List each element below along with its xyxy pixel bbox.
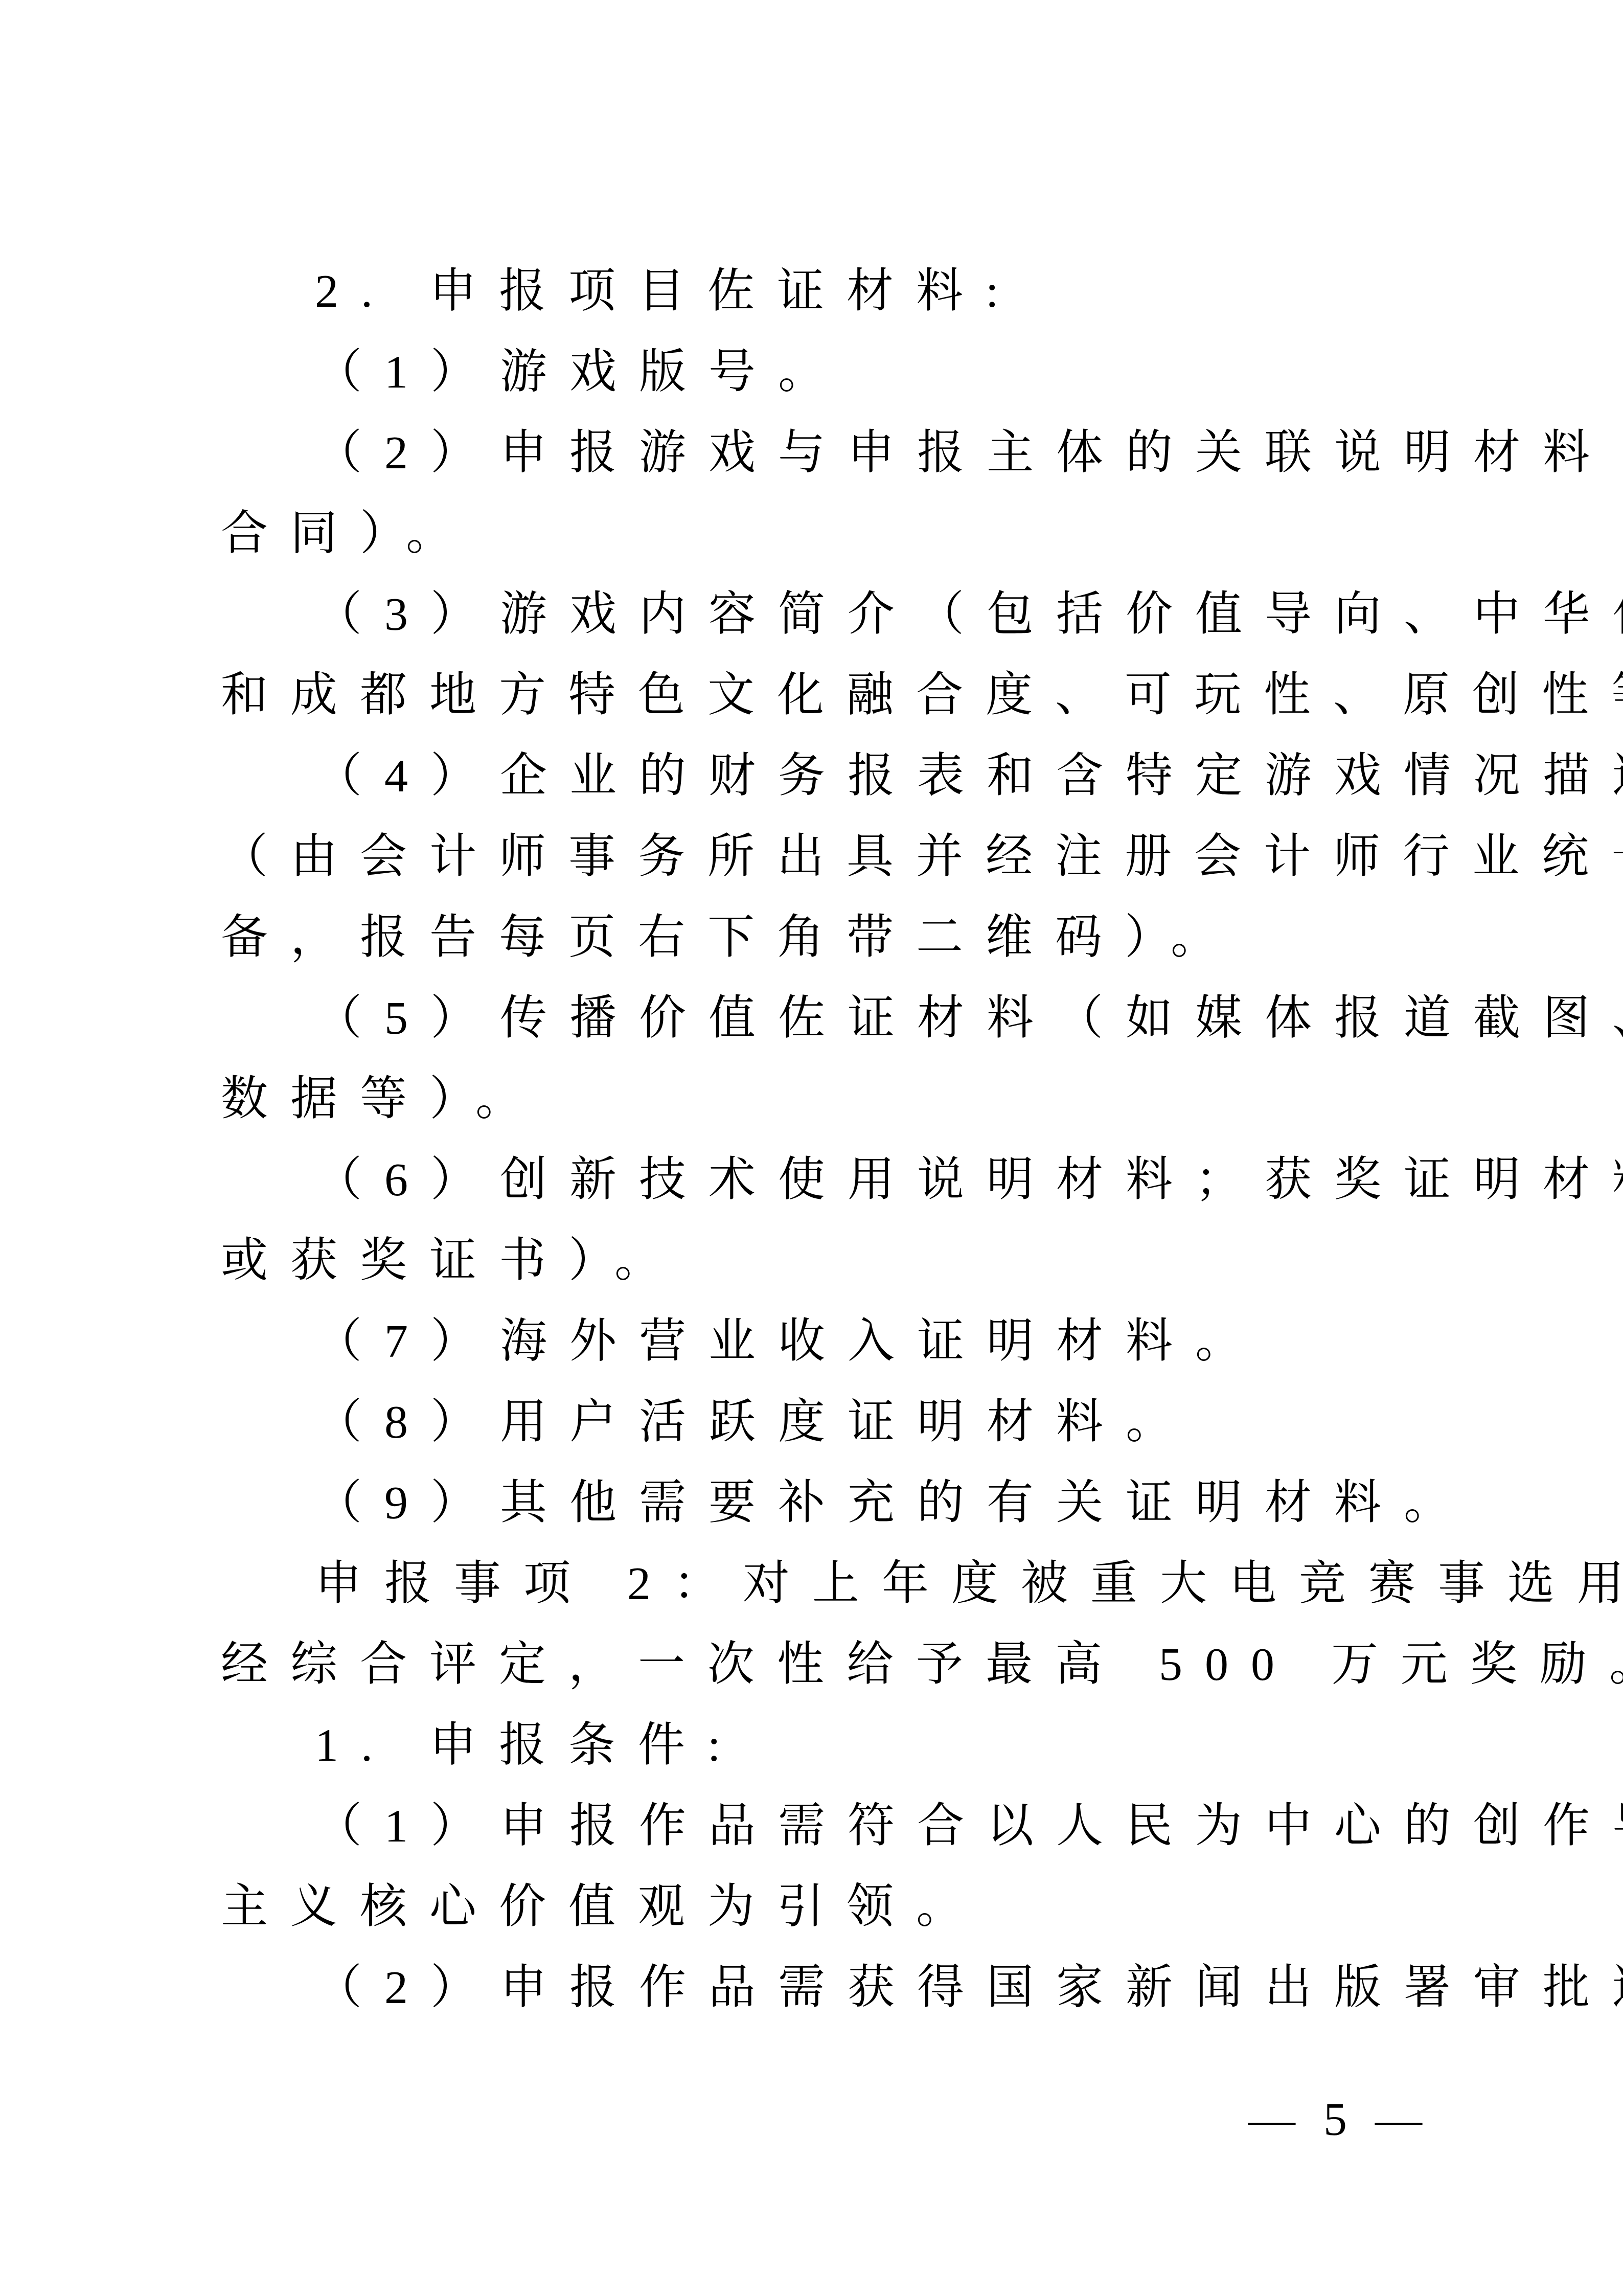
list-item-4: （4）企业的财务报表和含特定游戏情况描述的审计报告	[221, 735, 1422, 816]
condition-item-1: （1）申报作品需符合以人民为中心的创作导向，以社会	[221, 1785, 1422, 1866]
list-item-8: （8）用户活跃度证明材料。	[221, 1381, 1422, 1462]
list-item-6: （6）创新技术使用说明材料；获奖证明材料（公示名单	[221, 1139, 1422, 1220]
list-item-5-continued: 数据等）。	[221, 1058, 1422, 1139]
list-item-2-continued: 合同）。	[221, 493, 1422, 574]
list-item-2: （2）申报游戏与申报主体的关联说明材料（包括关联方	[221, 412, 1422, 493]
list-item-4-continued-2: 备，报告每页右下角带二维码）。	[221, 897, 1422, 977]
list-item-3: （3）游戏内容简介（包括价值导向、中华优秀传统文化	[221, 574, 1422, 654]
list-item-3-continued: 和成都地方特色文化融合度、可玩性、原创性等）。	[221, 654, 1422, 735]
list-item-5: （5）传播价值佐证材料（如媒体报道截图、自媒体流量	[221, 977, 1422, 1058]
list-item-6-continued: 或获奖证书）。	[221, 1220, 1422, 1301]
condition-item-2: （2）申报作品需获得国家新闻出版署审批通过的游戏版	[221, 1947, 1422, 2028]
section-heading-supporting-materials: 2. 申报项目佐证材料:	[221, 251, 1422, 331]
application-item-2: 申报事项 2：对上年度被重大电竞赛事选用的原创产品，	[221, 1543, 1422, 1624]
section-heading-conditions: 1. 申报条件:	[221, 1704, 1422, 1785]
application-item-2-continued: 经综合评定，一次性给予最高 500 万元奖励。	[221, 1624, 1422, 1704]
list-item-9: （9）其他需要补充的有关证明材料。	[221, 1462, 1422, 1543]
document-body: 2. 申报项目佐证材料: （1）游戏版号。 （2）申报游戏与申报主体的关联说明材…	[221, 251, 1422, 2028]
document-page: 2. 申报项目佐证材料: （1）游戏版号。 （2）申报游戏与申报主体的关联说明材…	[0, 0, 1623, 2296]
list-item-7: （7）海外营业收入证明材料。	[221, 1301, 1422, 1381]
page-number: — 5 —	[1247, 2086, 1431, 2152]
condition-item-1-continued: 主义核心价值观为引领。	[221, 1866, 1422, 1947]
list-item-4-continued: （由会计师事务所出具并经注册会计师行业统一监管平台报	[221, 816, 1422, 897]
list-item-1: （1）游戏版号。	[221, 331, 1422, 412]
